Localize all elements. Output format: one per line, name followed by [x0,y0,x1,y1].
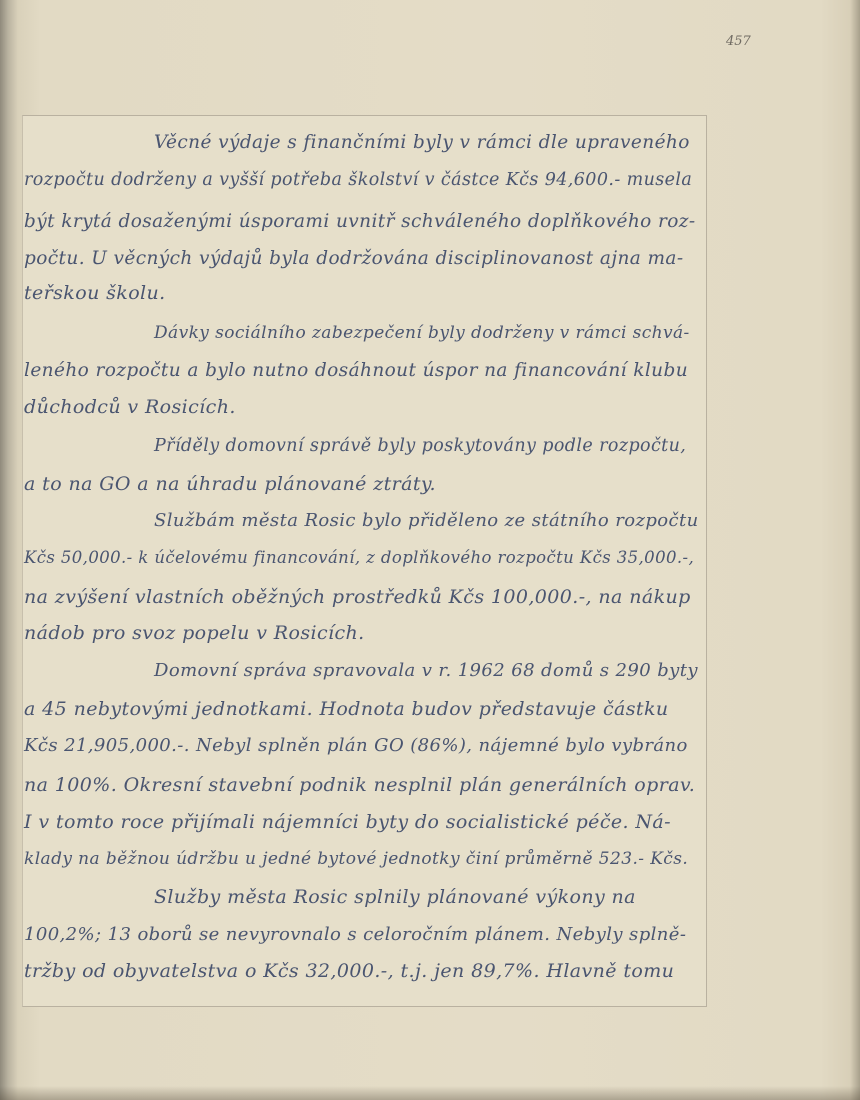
scanned-page: 457 Věcné výdaje s finančními byly v rám… [0,0,860,1100]
text-line: a 45 nebytovými jednotkami. Hodnota budo… [24,698,669,734]
text-line: důchodců v Rosicích. [24,396,236,432]
text-line: nádob pro svoz popelu v Rosicích. [24,622,365,658]
text-line: teřskou školu. [24,282,166,318]
text-line: Příděly domovní správě byly poskytovány … [24,436,686,472]
text-line: být krytá dosaženými úsporami uvnitř sch… [24,211,696,247]
page-number: 457 [726,34,751,49]
text-line: na zvýšení vlastních oběžných prostředků… [24,586,691,622]
text-line: a to na GO a na úhradu plánované ztráty. [24,473,436,509]
text-line: Kčs 50,000.- k účelovému financování, z … [24,548,694,584]
text-line: leného rozpočtu a bylo nutno dosáhnout ú… [24,360,688,396]
text-line: Služby města Rosic splnily plánované výk… [24,886,636,922]
text-line: Věcné výdaje s finančními byly v rámci d… [24,132,690,168]
text-line: Kčs 21,905,000.-. Nebyl splněn plán GO (… [24,735,688,771]
page-edge-shadow [0,1086,860,1100]
text-line: tržby od obyvatelstva o Kčs 32,000.-, t.… [24,960,674,996]
text-line: počtu. U věcných výdajů byla dodržována … [24,248,684,284]
text-line: 100,2%; 13 oborů se nevyrovnalo s celoro… [24,924,686,960]
text-line: rozpočtu dodrženy a vyšší potřeba školst… [24,170,692,206]
text-line: na 100%. Okresní stavební podnik nesplni… [24,774,695,810]
text-line: Dávky sociálního zabezpečení byly dodrže… [24,323,690,359]
text-line: Službám města Rosic bylo přiděleno ze st… [24,510,699,546]
text-line: I v tomto roce přijímali nájemníci byty … [24,811,671,847]
text-line: Domovní správa spravovala v r. 1962 68 d… [24,660,698,696]
text-line: klady na běžnou údržbu u jedné bytové je… [24,849,688,885]
